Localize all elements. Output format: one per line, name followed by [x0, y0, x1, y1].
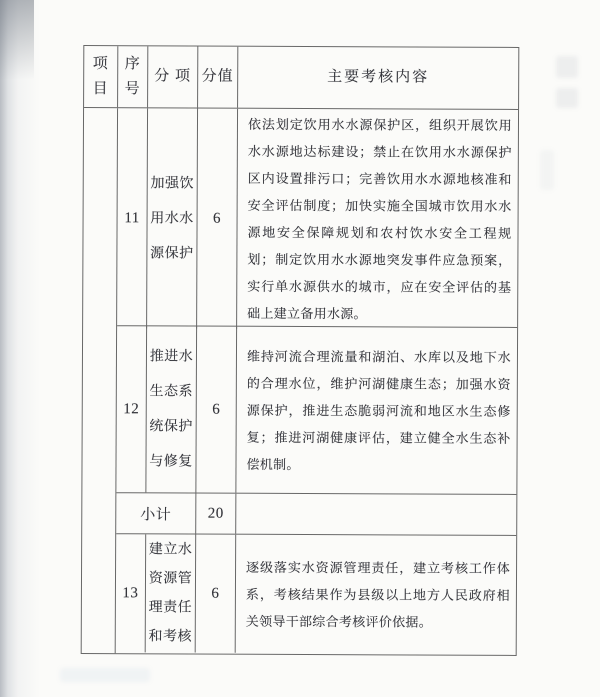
header-cell-subitem: 分 项	[148, 46, 198, 107]
header-cell-score: 分值	[198, 47, 238, 108]
subitem-cell: 推进水 生态系 统保护 与修复	[146, 326, 197, 492]
content-cell: 维持河流合理流量和湖泊、水库以及地下水的合理水位，维护河湖健康生态；加强水资源保…	[236, 327, 517, 494]
subtotal-label-cell: 小计	[116, 493, 196, 533]
project-column-cell	[82, 108, 118, 653]
table-row: 12 推进水 生态系 统保护 与修复 6 维持河流合理流量和湖泊、水库以及地下水…	[116, 326, 517, 495]
subtotal-row: 小计 20	[116, 493, 516, 536]
serial-no-cell: 13	[116, 534, 147, 652]
bleed-through-mark	[540, 150, 554, 190]
header-cell-main-content: 主要考核内容	[238, 47, 518, 109]
score-cell: 6	[196, 535, 237, 653]
header-cell-project: 项 目	[84, 46, 118, 107]
subtotal-score-cell: 20	[196, 494, 236, 534]
header-cell-serial-no: 序 号	[118, 46, 148, 107]
score-cell: 6	[196, 327, 237, 493]
subitem-cell: 建立水 资源管 理责任 和考核	[146, 534, 197, 652]
serial-no-cell: 11	[117, 108, 148, 328]
table-row: 13 建立水 资源管 理责任 和考核 6 逐级落实水资源管理责任，建立考核工作体…	[116, 534, 517, 654]
table-row: 11 加强饮 用水水 源保护 6 依法划定饮用水水源保护区，组织开展饮用水水源地…	[117, 108, 518, 328]
content-cell: 依法划定饮用水水源保护区，组织开展饮用水水源地达标建设；禁止在饮用水水源保护区内…	[237, 109, 518, 330]
bleed-through-mark	[60, 668, 150, 682]
assessment-table: 项 目 序 号 分 项 分值 主要考核内容 11 加强饮 用水水 源保护 6 依…	[81, 45, 520, 656]
subtotal-content-cell	[236, 494, 516, 535]
page-edge-shadow-top	[0, 0, 34, 80]
table-header-row: 项 目 序 号 分 项 分值 主要考核内容	[84, 46, 518, 110]
bleed-through-mark	[556, 56, 578, 78]
bleed-through-mark	[556, 88, 578, 108]
subitem-cell: 加强饮 用水水 源保护	[147, 108, 198, 328]
score-cell: 6	[197, 109, 238, 329]
content-cell: 逐级落实水资源管理责任，建立考核工作体系，考核结果作为县级以上地方人民政府相关领…	[236, 535, 517, 654]
scanned-page: 项 目 序 号 分 项 分值 主要考核内容 11 加强饮 用水水 源保护 6 依…	[0, 0, 600, 697]
page-edge-shadow	[0, 0, 46, 697]
serial-no-cell: 12	[116, 326, 147, 492]
table-body: 11 加强饮 用水水 源保护 6 依法划定饮用水水源保护区，组织开展饮用水水源地…	[82, 108, 518, 655]
